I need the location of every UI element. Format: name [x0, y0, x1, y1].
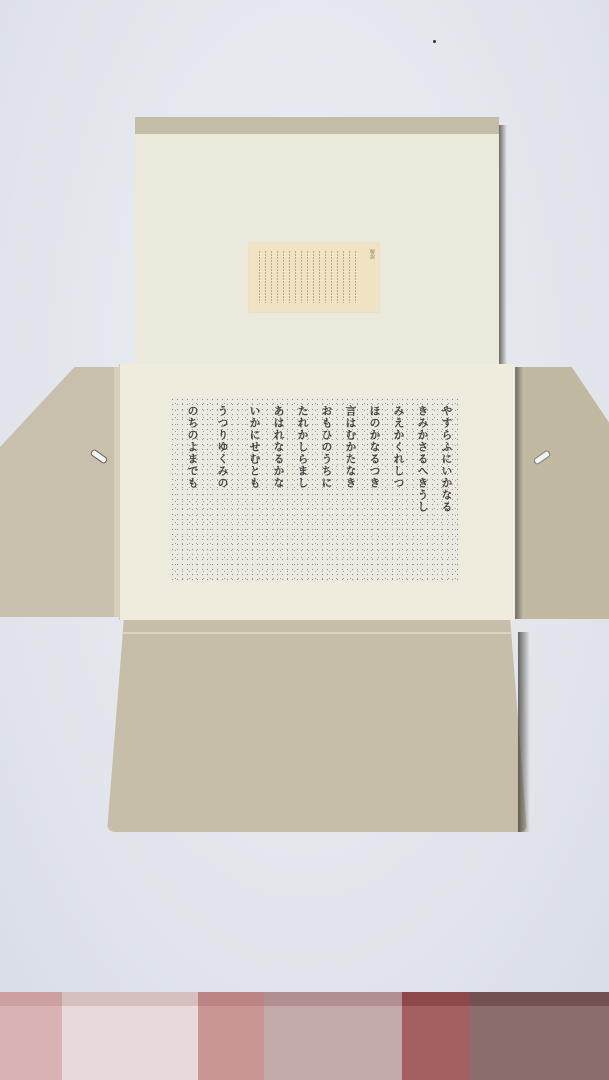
cloth-cell: [470, 992, 609, 1080]
cloth-cell: [402, 992, 470, 1080]
right-flap: [516, 367, 609, 619]
bottom-flap-shadow: [518, 632, 530, 832]
calligraphy-column: ほのかなるつき: [368, 405, 380, 489]
calligraphy-columns: やすらふにいかなる きみかさるへきうし みえかくれしつ ほのかなるつき 言はむか…: [170, 397, 460, 582]
calligraphy-column: たれかしらまし: [296, 405, 308, 489]
checkered-cloth: [0, 992, 609, 1080]
calligraphy-column: おもひのうちに: [320, 405, 332, 489]
cloth-stripe: [264, 992, 402, 1006]
calligraphy-column: 言はむかたなき: [344, 405, 356, 489]
explanatory-label: 解説: [249, 243, 379, 312]
calligraphy-column: いかにせむとも: [248, 405, 260, 489]
label-title: 解説: [369, 249, 376, 259]
dust-speck: [433, 40, 436, 43]
cloth-cell: [62, 992, 198, 1080]
calligraphy-column: やすらふにいかなる: [440, 405, 452, 513]
calligraphy-column: みえかくれしつ: [392, 405, 404, 489]
bottom-flap-crease: [122, 632, 512, 634]
label-text-lines: [259, 251, 359, 303]
cloth-stripe: [62, 992, 198, 1006]
cloth-cell: [0, 992, 62, 1080]
folder-top-cover: [135, 117, 499, 367]
cloth-stripe: [0, 992, 62, 1006]
calligraphy-column: のちのよまでも: [186, 405, 198, 489]
calligraphy-column: きみかさるへきうし: [416, 405, 428, 513]
calligraphy-print: やすらふにいかなる きみかさるへきうし みえかくれしつ ほのかなるつき 言はむか…: [170, 397, 460, 582]
cloth-stripe: [470, 992, 609, 1006]
calligraphy-column: うつりゆくみの: [216, 405, 228, 489]
cloth-cell: [198, 992, 264, 1080]
calligraphy-column: あはれなるかな: [272, 405, 284, 489]
cloth-cell: [264, 992, 402, 1080]
cover-shadow: [499, 125, 507, 370]
cloth-stripe: [198, 992, 264, 1006]
cloth-stripe: [402, 992, 470, 1006]
bottom-flap: [107, 620, 527, 832]
folder-top-band: [135, 117, 499, 134]
